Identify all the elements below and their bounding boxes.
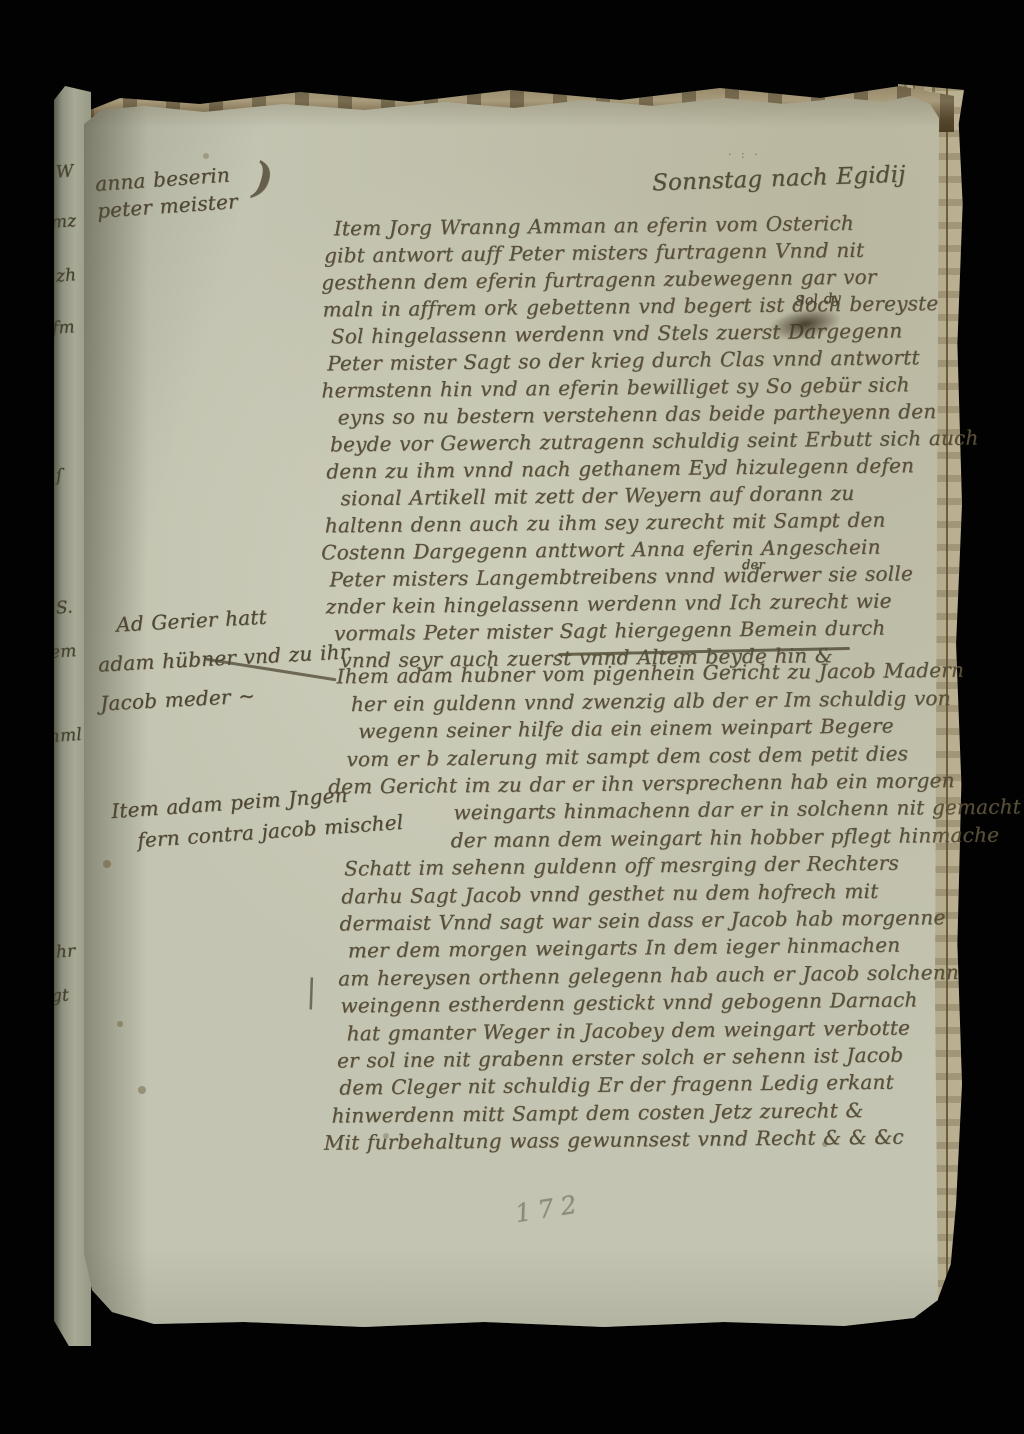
page-number-pencil: 172	[513, 1189, 585, 1228]
entry-paragraph-1: Item Jorg Wranng Amman an eferin vom Ost…	[330, 209, 981, 675]
margin-note-parties-middle: Ad Gerier hatt adam hübner vnd zu ihr Ja…	[95, 593, 352, 723]
margin-note-parties-top: anna beserin peter meister )	[94, 161, 238, 225]
entry-paragraph-3: dem Gericht im zu dar er ihn versprechen…	[328, 766, 1024, 1157]
interlinear-insertion: Sol dy	[794, 290, 841, 309]
heading-dots: · : ·	[728, 148, 761, 161]
entry-paragraph-2: Ihem adam hubner vom pigenhein Gericht z…	[336, 657, 965, 774]
manuscript-photo: W mz zh fm ſ S. em hml hr gt Sonnstag na…	[0, 0, 1024, 1434]
handwriting-layer: Sonnstag nach Egidij · : · anna beserin …	[0, 0, 1024, 1434]
flourish-mark: )	[251, 153, 274, 203]
entry-date-heading: Sonnstag nach Egidij	[652, 162, 906, 197]
interlinear-insertion: der	[742, 558, 765, 573]
paragraph-mark: |	[305, 972, 317, 1010]
